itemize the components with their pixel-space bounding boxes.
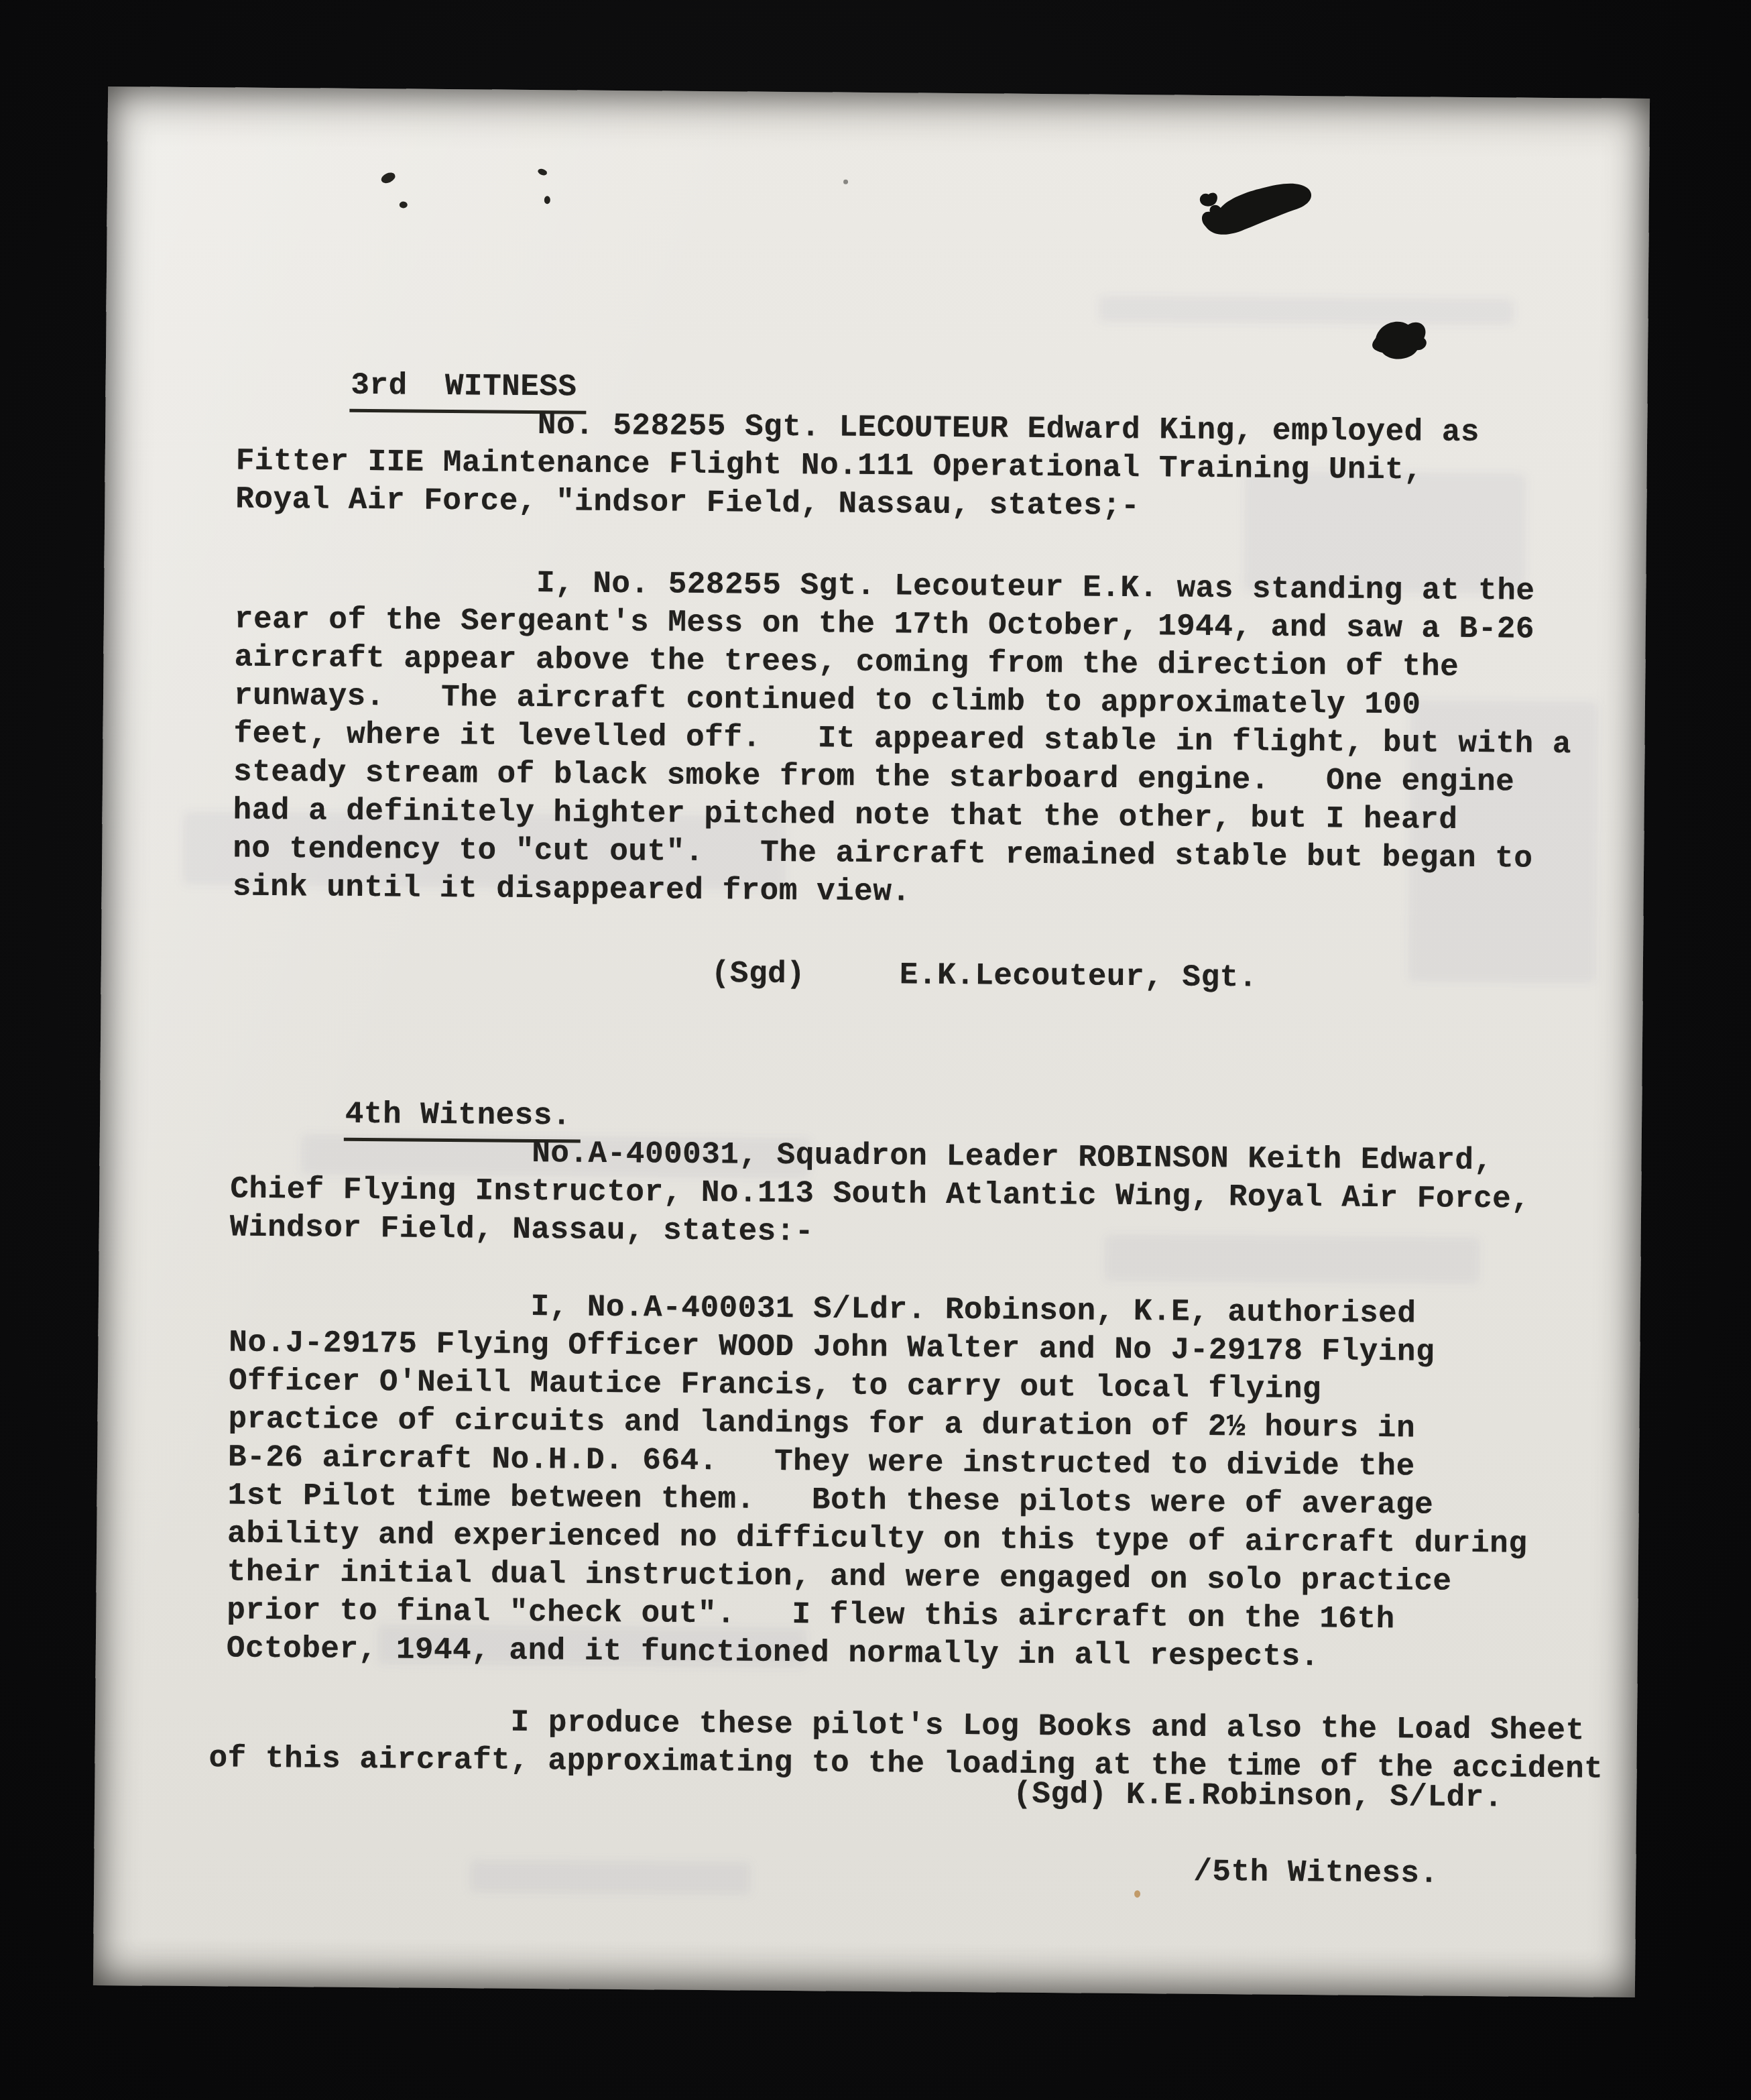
paper-hole-speck xyxy=(400,201,408,208)
ink-blot-small xyxy=(1365,312,1439,370)
witness4-signature: (Sgd) K.E.Robinson, S/Ldr. xyxy=(1013,1775,1503,1818)
witness3-intro: No. 528255 Sgt. LECOUTEUR Edward King, e… xyxy=(235,404,1480,529)
bleedthrough-smudge xyxy=(1098,296,1514,326)
document-page: 3rd WITNESS No. 528255 Sgt. LECOUTEUR Ed… xyxy=(93,86,1650,1997)
witness4-closing: I produce these pilot's Log Books and al… xyxy=(208,1701,1604,1788)
paper-hole-speck xyxy=(379,170,397,185)
witness3-statement: I, No. 528255 Sgt. Lecouteur E.K. was st… xyxy=(233,563,1573,917)
witness3-signature: (Sgd) E.K.Lecouteur, Sgt. xyxy=(711,955,1258,997)
bleedthrough-smudge xyxy=(469,1859,751,1895)
paper-hole-speck xyxy=(544,196,550,204)
paper-speck xyxy=(1134,1890,1140,1898)
ink-blot-large xyxy=(1196,176,1324,257)
scan-background: 3rd WITNESS No. 528255 Sgt. LECOUTEUR Ed… xyxy=(0,0,1751,2100)
paper-speck xyxy=(843,180,848,184)
witness4-statement: I, No.A-400031 S/Ldr. Robinson, K.E, aut… xyxy=(227,1285,1530,1678)
paper-hole-speck xyxy=(537,168,548,176)
next-witness-footer: /5th Witness. xyxy=(1193,1853,1439,1893)
witness4-intro: No.A-400031, Squadron Leader ROBINSON Ke… xyxy=(230,1132,1531,1257)
